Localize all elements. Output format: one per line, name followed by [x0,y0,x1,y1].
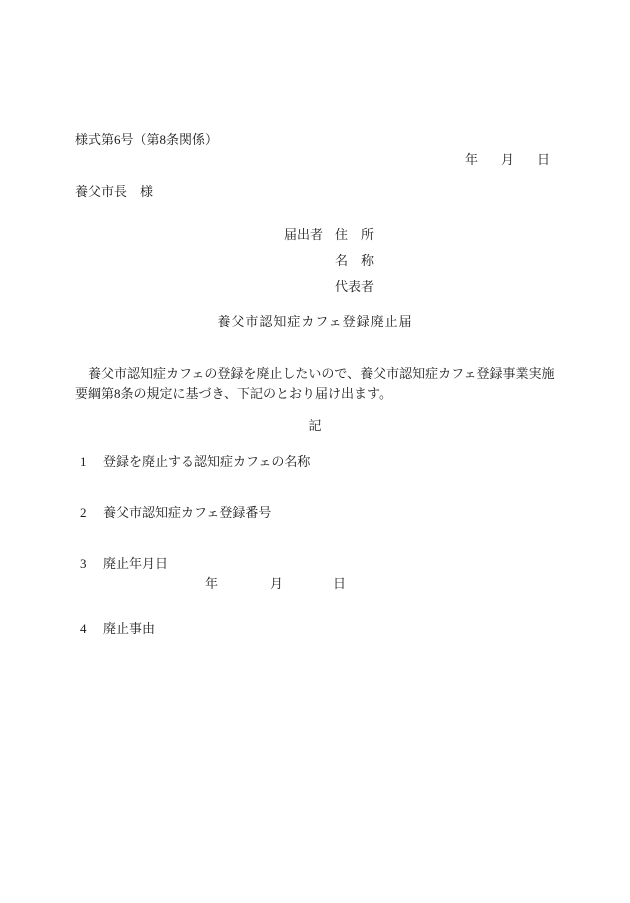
addressee: 養父市長 様 [75,182,630,202]
item-number: 4 [80,619,103,639]
item-label: 養父市認知症カフェ登録番号 [103,505,271,520]
document-page: 様式第6号（第8条関係） 年月日 養父市長 様 届出者住 所 名 称 代表者 養… [0,0,630,903]
item-cafe-name: 1登録を廃止する認知症カフェの名称 [80,452,630,472]
record-marker: 記 [0,416,630,436]
item-number: 1 [80,452,103,472]
date-month-label: 月 [501,152,514,167]
notifier-name-row: 名 称 [284,248,630,274]
item-label: 廃止年月日 [103,556,168,571]
date-line: 年月日 [0,150,630,170]
form-number: 様式第6号（第8条関係） [75,130,630,150]
item-number: 2 [80,503,103,523]
date-year-label: 年 [465,152,478,167]
body-paragraph: 養父市認知症カフェの登録を廃止したいので、養父市認知症カフェ登録事業実施 要綱第… [75,364,557,404]
item-registration-number: 2養父市認知症カフェ登録番号 [80,503,630,523]
document-title: 養父市認知症カフェ登録廃止届 [0,312,630,332]
notifier-address-label: 住 所 [335,227,374,242]
item-abolition-reason: 4廃止事由 [80,619,630,639]
notifier-name-label: 名 称 [335,253,374,268]
abolition-month-label: 月 [270,576,283,591]
body-line-2: 要綱第8条の規定に基づき、下記のとおり届け出ます。 [75,384,557,404]
item-label: 登録を廃止する認知症カフェの名称 [103,454,310,469]
item-number: 3 [80,554,103,574]
date-day-label: 日 [537,152,550,167]
notifier-block: 届出者住 所 名 称 代表者 [284,222,630,300]
notifier-representative-row: 代表者 [284,274,630,300]
abolition-day-label: 日 [333,576,346,591]
notifier-label: 届出者 [284,222,335,248]
abolition-date-line: 年月日 [205,574,630,594]
item-label: 廃止事由 [103,621,155,636]
notifier-representative-label: 代表者 [335,279,374,294]
body-line-1: 養父市認知症カフェの登録を廃止したいので、養父市認知症カフェ登録事業実施 [75,364,557,384]
item-abolition-date: 3廃止年月日 [80,554,630,574]
notifier-address-row: 届出者住 所 [284,222,630,248]
abolition-year-label: 年 [205,576,218,591]
